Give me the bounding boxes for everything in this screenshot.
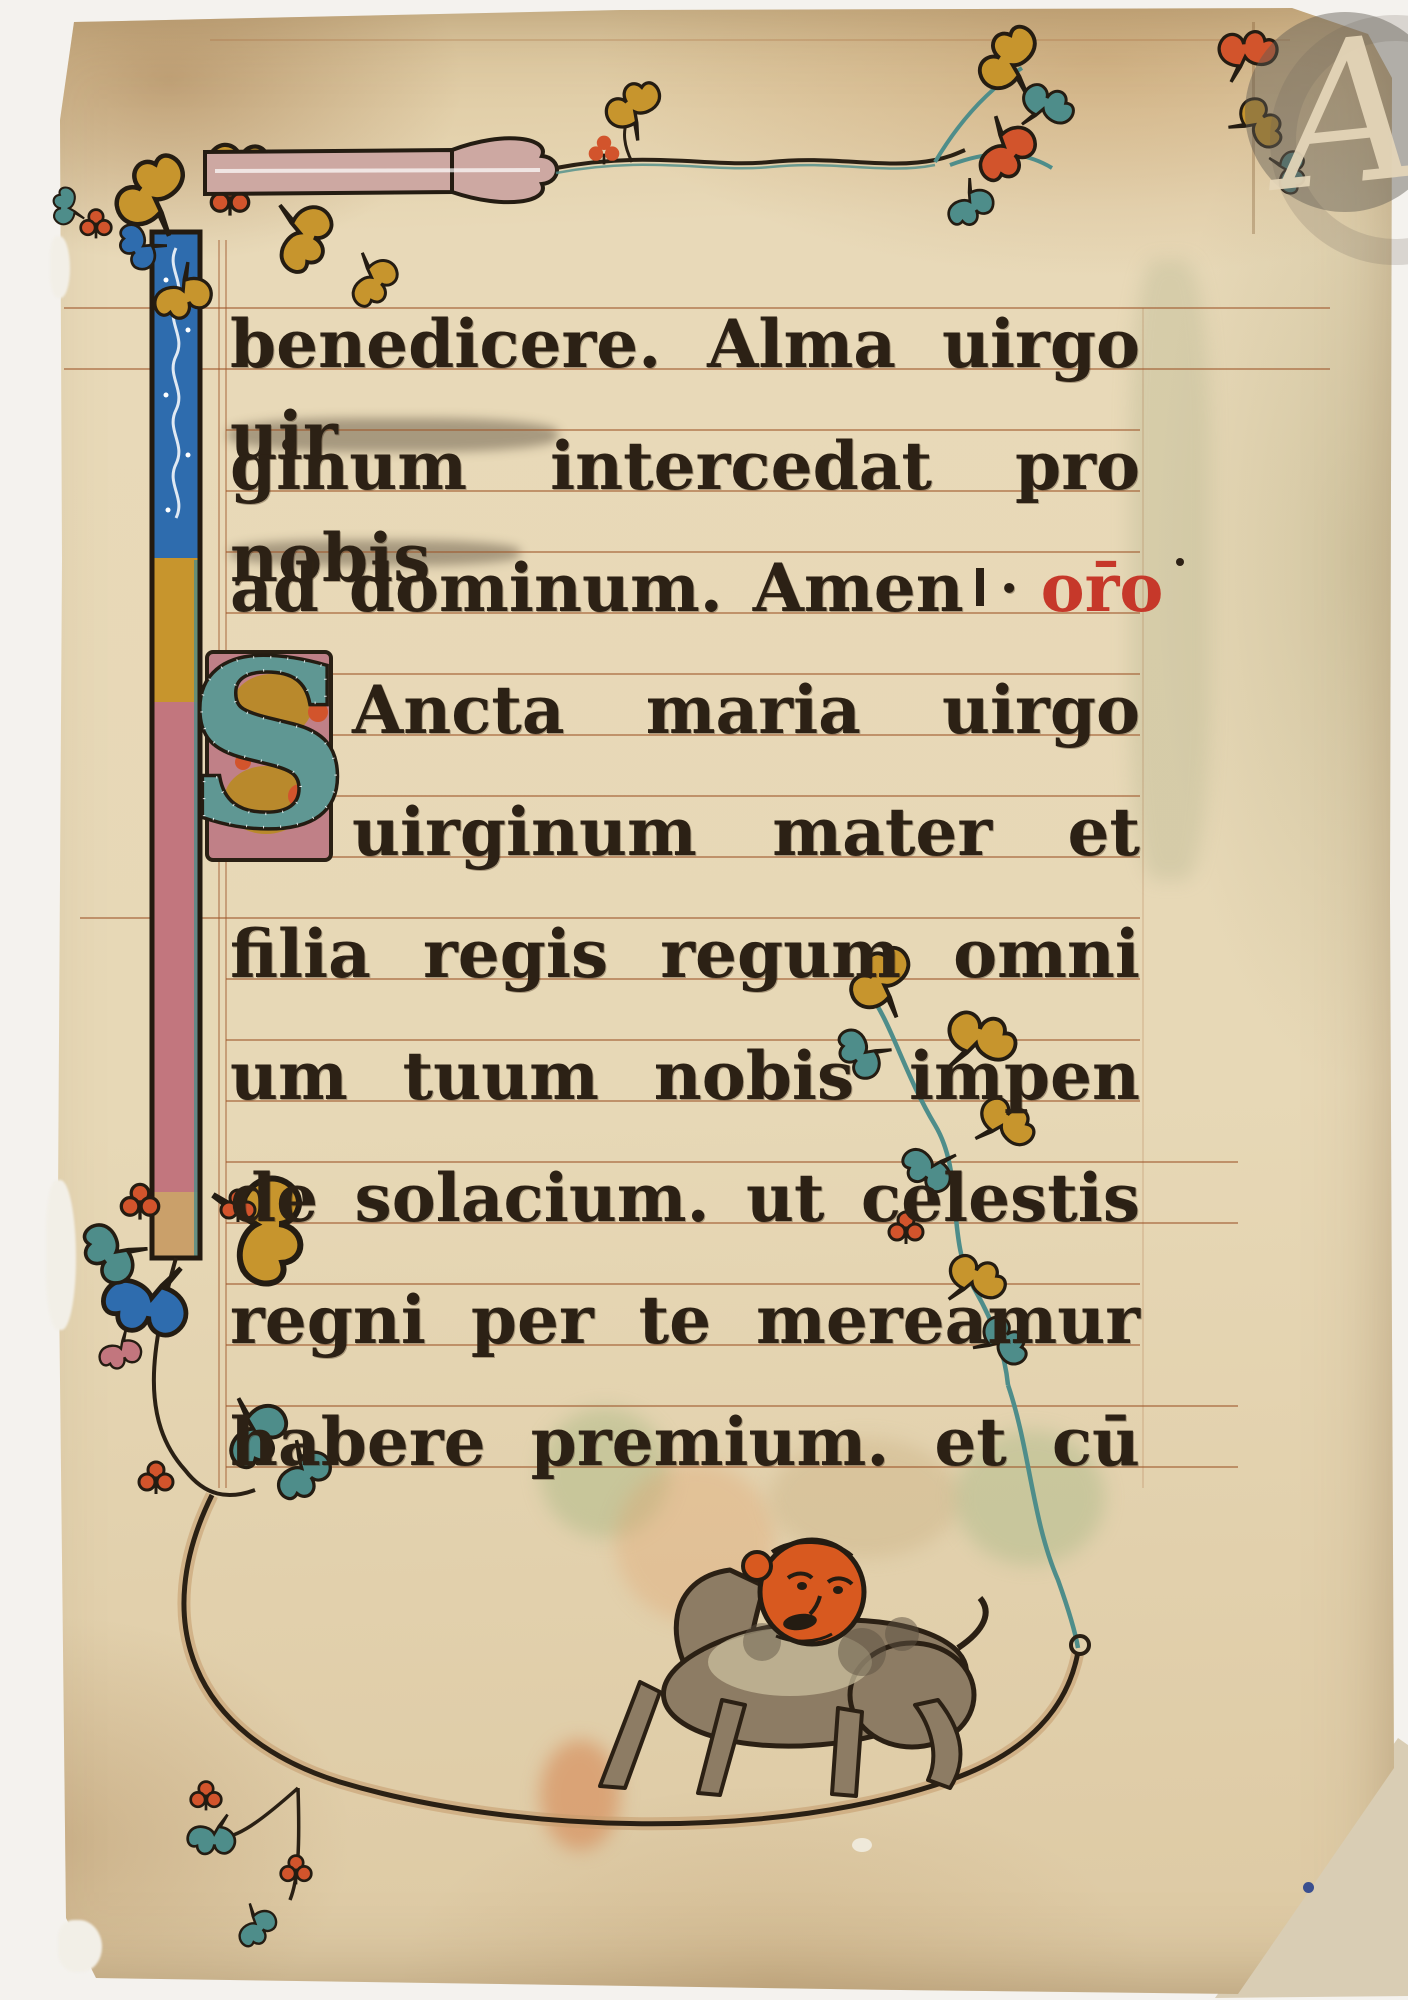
text-line: benedicere. Alma uirgo uir <box>230 298 1140 394</box>
amen-text: ad dominum. Amen <box>230 542 964 634</box>
edge-tear <box>46 1180 76 1330</box>
showthrough-smudge <box>540 1740 620 1850</box>
ink-speck <box>1303 1882 1314 1893</box>
edge-tear <box>58 1920 102 1972</box>
text-line: Ancta maria uirgo <box>352 664 1140 760</box>
fold-crease <box>1252 22 1255 234</box>
text-line: de solacium. ut celestis <box>230 1152 1140 1248</box>
text-line: um tuum nobis impen <box>230 1030 1140 1126</box>
punctus-separator: · <box>1000 542 1019 634</box>
photographed-manuscript-leaf: S S <box>0 0 1408 2000</box>
rubric-oro: or̄o <box>1041 542 1164 634</box>
paint-fleck <box>852 1838 872 1852</box>
text-line: uirginum mater et <box>352 786 1140 882</box>
edge-tear <box>50 236 70 298</box>
text-line: habere premium. et cū <box>230 1396 1140 1492</box>
text-line-with-rubric: ad dominum. Amen · or̄o <box>230 542 1140 638</box>
text-line: ginum intercedat pro nobis <box>230 420 1140 516</box>
text-line: filia regis regum omni <box>230 908 1140 1004</box>
ink-speck <box>1176 558 1184 566</box>
text-line: regni per te mereamur <box>230 1274 1140 1370</box>
